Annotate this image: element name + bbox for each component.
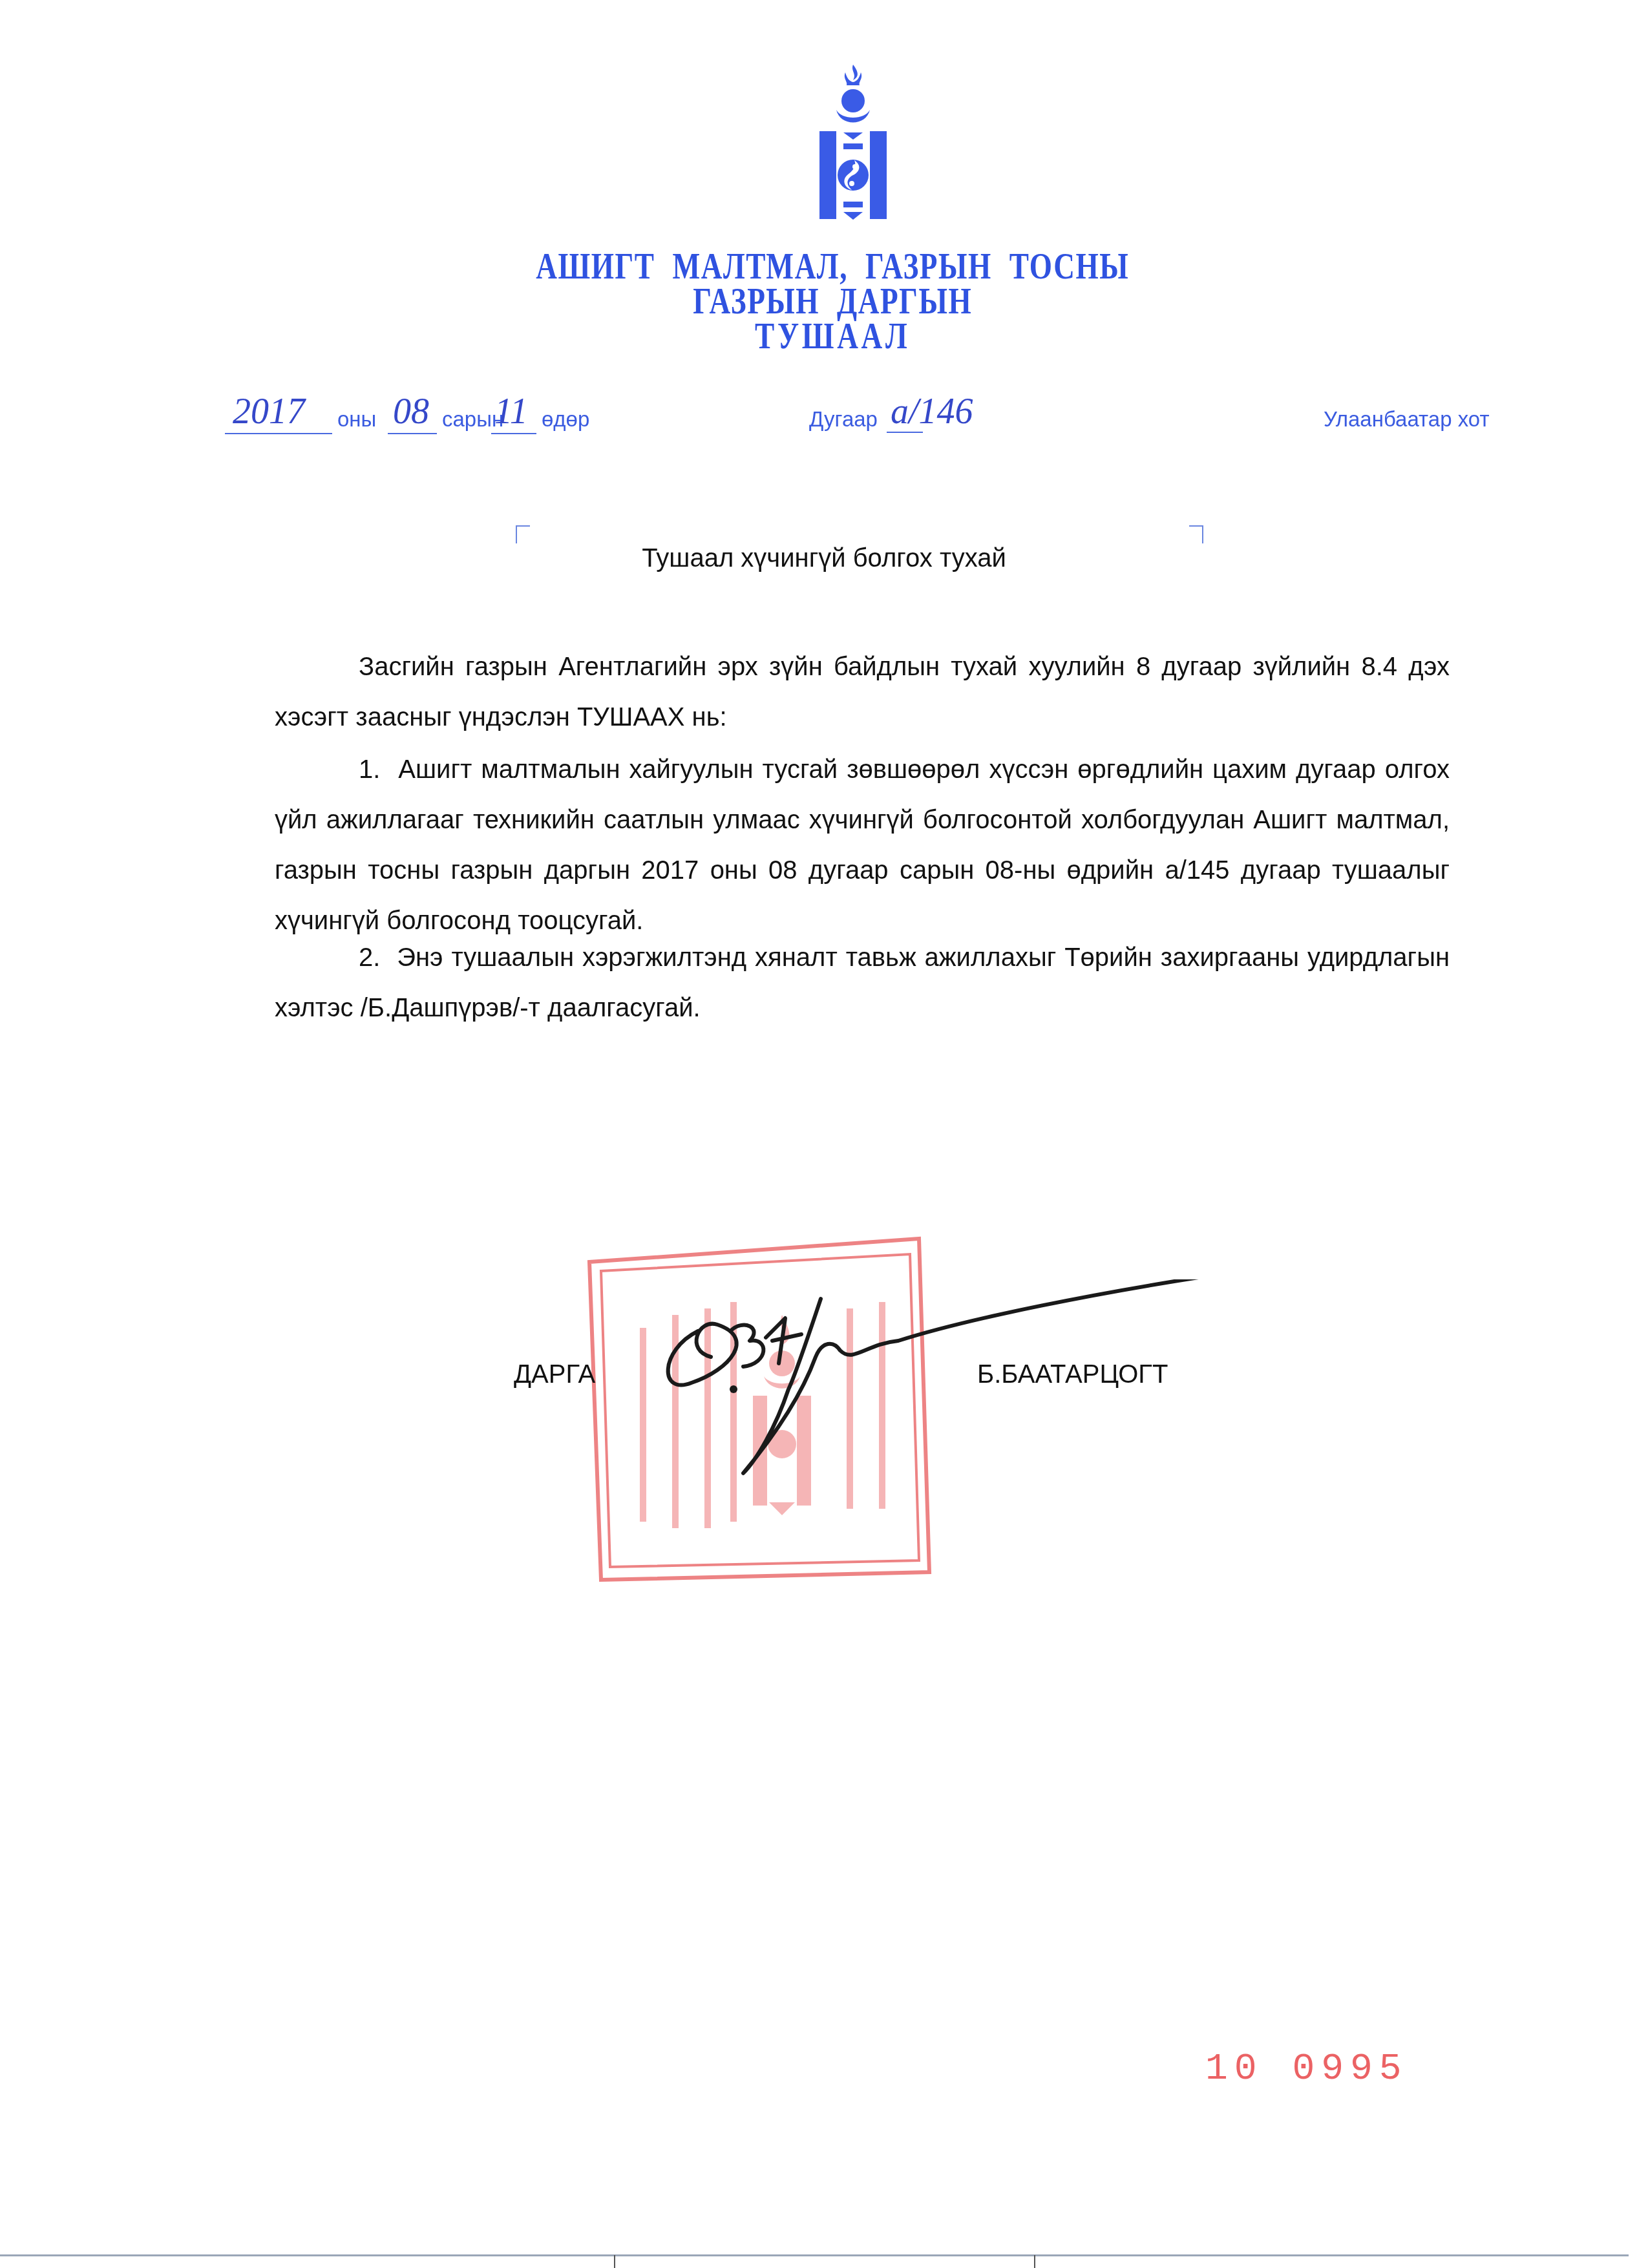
preamble-paragraph: Засгийн газрын Агентлагийн эрх зүйн байд… xyxy=(275,642,1450,742)
document-type-title: ТУШААЛ xyxy=(190,317,1475,355)
subject-bracket-left xyxy=(516,525,530,543)
order-item-1: 1. Ашигт малтмалын хайгуулын тусгай зөвш… xyxy=(275,744,1450,946)
number-underline xyxy=(887,432,923,433)
handwritten-signature xyxy=(646,1279,1228,1512)
month-underline xyxy=(388,433,437,434)
year-underline xyxy=(225,433,332,434)
order-item-text: Энэ тушаалын хэрэгжилтэнд хяналт тавьж а… xyxy=(275,943,1450,1022)
page-fold-mark xyxy=(1034,2255,1035,2268)
subject-bracket-right xyxy=(1189,525,1203,543)
number-label: Дугаар xyxy=(809,407,878,432)
page-fold-mark xyxy=(614,2255,615,2268)
order-item-number: 1. xyxy=(359,755,380,784)
date-day-handwritten: 11 xyxy=(494,391,528,432)
soyombo-emblem-icon xyxy=(814,65,892,233)
date-day-label: өдөр xyxy=(542,407,589,432)
page-bottom-border xyxy=(0,2254,1629,2256)
signatory-title: ДАРГА xyxy=(514,1360,595,1389)
registration-number-stamp: 10 0995 xyxy=(1205,2048,1408,2090)
date-year-label: оны xyxy=(337,407,376,432)
order-item-text: Ашигт малтмалын хайгуулын тусгай зөвшөөр… xyxy=(275,755,1450,935)
order-item-number: 2. xyxy=(359,943,380,972)
order-item-2: 2. Энэ тушаалын хэрэгжилтэнд хяналт тавь… xyxy=(275,932,1450,1033)
date-year-handwritten: 2017 xyxy=(233,391,305,432)
number-handwritten: а/146 xyxy=(891,391,973,432)
date-month-handwritten: 08 xyxy=(393,391,429,432)
location-label: Улаанбаатар хот xyxy=(1324,407,1490,432)
document-subject: Тушаал хүчингүй болгох тухай xyxy=(0,544,1648,573)
day-underline xyxy=(491,433,536,434)
